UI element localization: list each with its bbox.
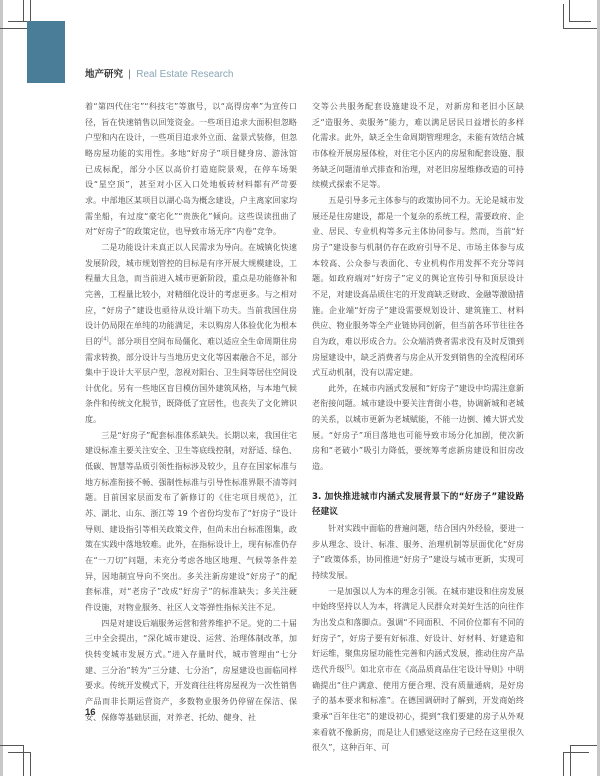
crop-mark-top-right-v: [569, 0, 570, 22]
section-accent-block: [27, 21, 65, 83]
paragraph: 交等公共服务配套设施建设不足，对新房和老旧小区缺乏“造服务、卖服务”能力，难以满…: [312, 99, 524, 193]
paragraph: 针对实践中面临的普遍问题，结合国内外经验，要进一步从理念、设计、标准、服务、治理…: [312, 521, 524, 584]
paragraph: 着“第四代住宅”“科技宅”等旗号，以“高得房率”为宣传口径，旨在快速销售以回笼资…: [85, 99, 297, 240]
running-header: 地产研究|Real Estate Research: [85, 69, 234, 81]
crop-mark-bottom-right-h2: [563, 752, 589, 753]
citation-ref: [4]: [101, 336, 108, 342]
paragraph: 一是加强以人为本的理念引领。在城市建设和住房发展中始终坚持以人为本，将满足人民群…: [312, 584, 524, 756]
crop-mark-top-right-v2: [563, 4, 564, 28]
right-column: 交等公共服务配套设施建设不足，对新房和老旧小区缺乏“造服务、卖服务”能力，难以满…: [312, 99, 524, 756]
header-separator: |: [128, 69, 131, 80]
paragraph: 此外，在城市内涵式发展和“好房子”建设中均需注意新老衔接问题。城市建设中要关注背…: [312, 381, 524, 475]
crop-mark-bottom-left-v: [23, 745, 24, 776]
paragraph: 三是“好房子”配套标准体系缺失。长期以来，我国住宅建设标准主要关注安全、卫生等底…: [85, 428, 297, 616]
left-column: 着“第四代住宅”“科技宅”等旗号，以“高得房率”为宣传口径，旨在快速销售以回笼资…: [85, 99, 297, 725]
section-title-en: Real Estate Research: [136, 69, 233, 80]
crop-mark-bottom-right-h: [570, 745, 597, 746]
crop-mark-bottom-left-h2: [8, 752, 31, 753]
section-heading: 3. 加快推进城市内涵式发展背景下的“好房子”建设路径建议: [312, 490, 524, 521]
paragraph: 五是引导多元主体参与的政策协同不力。无论是城市发展还是住房建设，都是一个复杂的系…: [312, 193, 524, 381]
crop-mark-bottom-right-v2: [563, 752, 564, 776]
crop-mark-top-right-h: [569, 21, 591, 22]
paragraph: 二是功能设计未真正以人民需求为导向。在城镇化快速发展阶段，城市规划管控的目标是有…: [85, 240, 297, 428]
page-number: 16: [85, 707, 96, 718]
crop-mark-bottom-right-v: [570, 745, 571, 776]
citation-ref: [5]: [345, 664, 352, 670]
page-edge-left: [0, 0, 3, 776]
crop-mark-bottom-left-h: [0, 745, 24, 746]
crop-mark-bottom-left-v2: [30, 752, 31, 776]
crop-mark-top-left-v: [23, 0, 24, 22]
paragraph: 四是对建设后端服务运营和营养维护不足。党的二十届三中全会提出，“深化城市建设、运…: [85, 616, 297, 726]
crop-mark-top-right-h2: [563, 28, 597, 29]
section-title-cn: 地产研究: [85, 69, 123, 80]
crop-mark-top-left-h: [8, 21, 28, 22]
spacer: [312, 475, 524, 490]
